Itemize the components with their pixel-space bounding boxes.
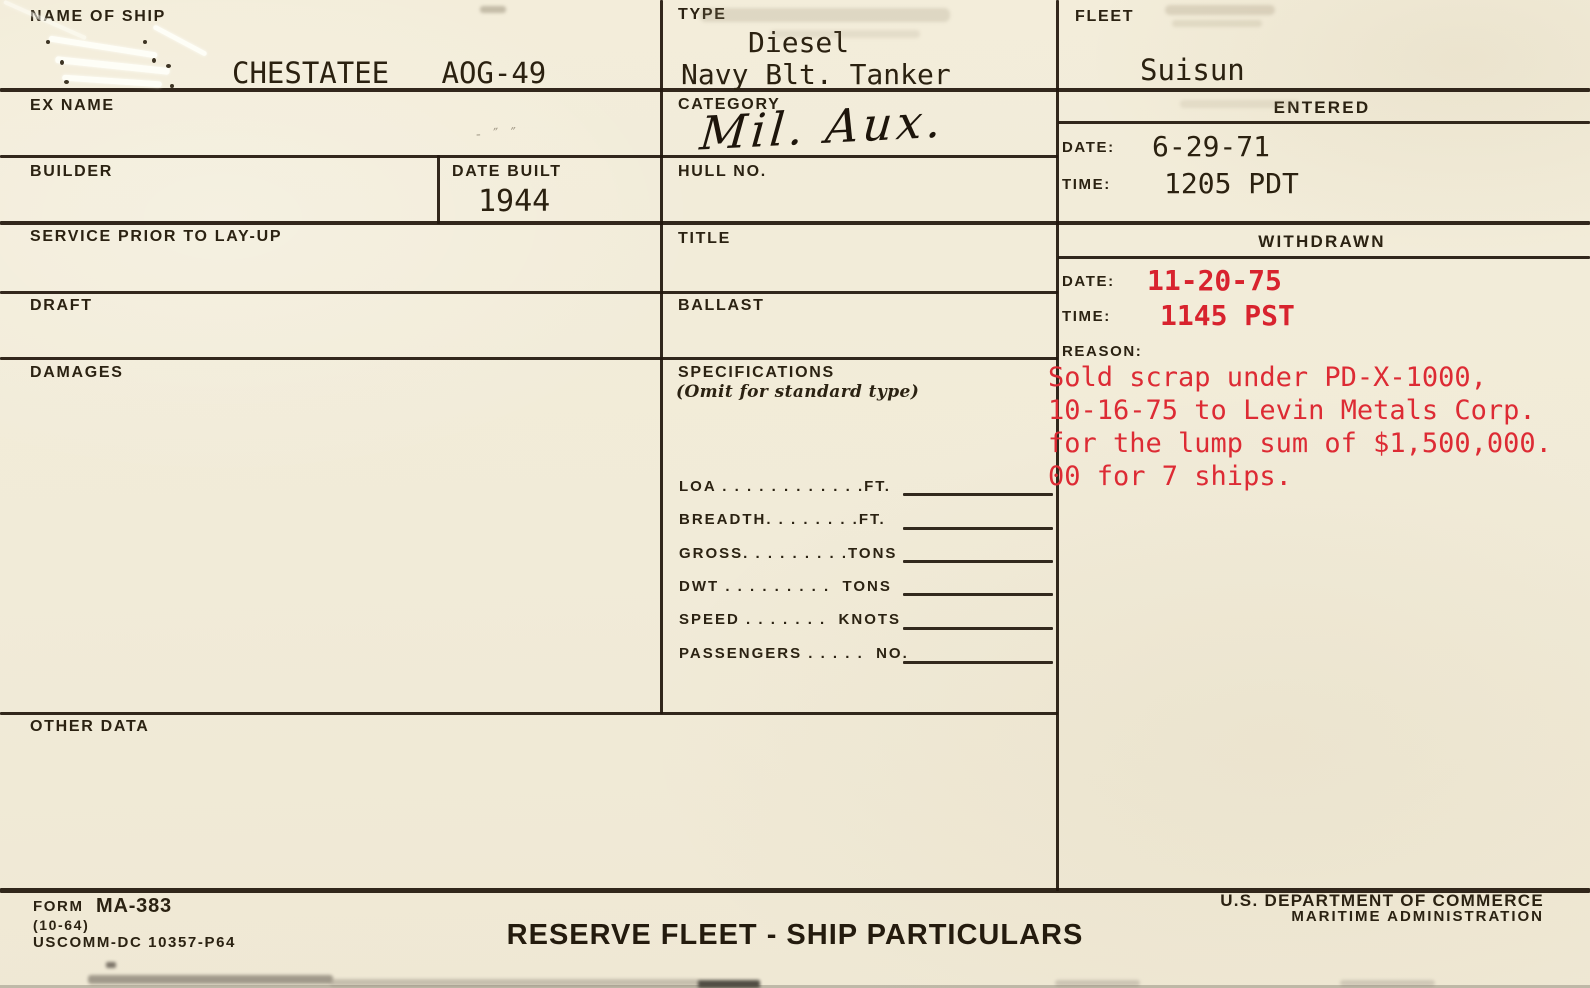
spec-gross-blank	[903, 560, 1053, 563]
spec-loa-blank	[903, 493, 1053, 496]
draft-label: DRAFT	[30, 297, 93, 315]
spec-breadth: BREADTH. . . . . . . .FT.	[679, 511, 886, 528]
scan-edge-smudge	[88, 975, 333, 984]
divider-left-middle-column	[660, 0, 663, 714]
specifications-label: SPECIFICATIONS	[678, 364, 835, 382]
staple-hole	[60, 60, 64, 65]
date-built-label: DATE BUILT	[452, 163, 562, 181]
spec-speed-blank	[903, 627, 1053, 630]
service-prior-label: SERVICE PRIOR TO LAY-UP	[30, 228, 282, 246]
spec-speed: SPEED . . . . . . . KNOTS	[679, 611, 901, 628]
ballast-label: BALLAST	[678, 297, 765, 315]
withdrawn-reason-label: REASON:	[1062, 343, 1142, 360]
type-value-line2: Navy Blt. Tanker	[681, 58, 951, 91]
staple-hole	[143, 40, 147, 44]
pencil-smudge	[770, 30, 920, 38]
date-built-value: 1944	[478, 184, 550, 219]
divider-row5	[0, 357, 1058, 360]
staple-hole	[64, 80, 69, 84]
form-word: FORM	[33, 898, 84, 915]
damages-label: DAMAGES	[30, 364, 124, 382]
withdrawn-time-value: 1145 PST	[1160, 299, 1295, 332]
spec-gross: GROSS. . . . . . . . .TONS	[679, 545, 897, 562]
spec-dwt: DWT . . . . . . . . . TONS	[679, 578, 892, 595]
withdrawn-header: WITHDRAWN	[1058, 232, 1586, 252]
spec-loa: LOA . . . . . . . . . . . .FT.	[679, 478, 891, 495]
ex-name-label: EX NAME	[30, 97, 115, 115]
staple-scratch	[62, 75, 162, 88]
entered-time-value: 1205 PDT	[1164, 167, 1299, 200]
entered-time-label: TIME:	[1062, 176, 1111, 193]
title-label: TITLE	[678, 230, 731, 248]
divider-other-data	[0, 712, 1058, 715]
pencil-smudge	[480, 6, 506, 13]
entered-date-label: DATE:	[1062, 139, 1115, 156]
stray-pencil-mark: - ″ ″	[476, 125, 521, 143]
divider-entered-band	[1058, 121, 1590, 124]
divider-date-built	[437, 155, 440, 224]
staple-hole	[170, 84, 174, 88]
pencil-smudge	[700, 8, 950, 22]
other-data-label: OTHER DATA	[30, 718, 150, 736]
divider-row3	[0, 221, 1590, 225]
staple-hole	[152, 58, 156, 63]
divider-row2	[0, 155, 1058, 158]
fleet-label: FLEET	[1075, 8, 1134, 26]
specifications-note: (Omit for standard type)	[676, 382, 919, 402]
staple-scratch	[152, 24, 207, 57]
entered-header: ENTERED	[1058, 98, 1586, 118]
staple-scratch	[48, 35, 158, 58]
divider-row4	[0, 291, 1058, 294]
pencil-smudge	[1172, 20, 1262, 27]
ink-speck	[106, 962, 116, 968]
spec-passengers: PASSENGERS . . . . . NO.	[679, 645, 909, 662]
spec-breadth-blank	[903, 527, 1053, 530]
entered-date-value: 6-29-71	[1152, 130, 1270, 163]
staple-hole	[46, 40, 50, 44]
pencil-smudge	[1165, 5, 1275, 15]
ship-particulars-card: NAME OF SHIP CHESTATEE AOG-49 EX NAME - …	[0, 0, 1590, 988]
spec-passengers-blank	[903, 661, 1053, 664]
form-number: MA-383	[96, 895, 172, 918]
name-of-ship-value: CHESTATEE AOG-49	[232, 56, 546, 90]
builder-label: BUILDER	[30, 163, 113, 181]
pencil-smudge	[1180, 100, 1300, 108]
divider-withdrawn-band	[1058, 256, 1590, 259]
spec-dwt-blank	[903, 593, 1053, 596]
withdrawn-date-value: 11-20-75	[1147, 264, 1282, 297]
withdrawn-reason-text: Sold scrap under PD-X-1000, 10-16-75 to …	[1048, 361, 1590, 493]
withdrawn-date-label: DATE:	[1062, 273, 1115, 290]
fleet-value: Suisun	[1140, 53, 1245, 87]
withdrawn-time-label: TIME:	[1062, 308, 1111, 325]
hull-no-label: HULL NO.	[678, 163, 767, 181]
agency-division: MARITIME ADMINISTRATION	[1291, 908, 1544, 925]
staple-hole	[166, 64, 171, 68]
